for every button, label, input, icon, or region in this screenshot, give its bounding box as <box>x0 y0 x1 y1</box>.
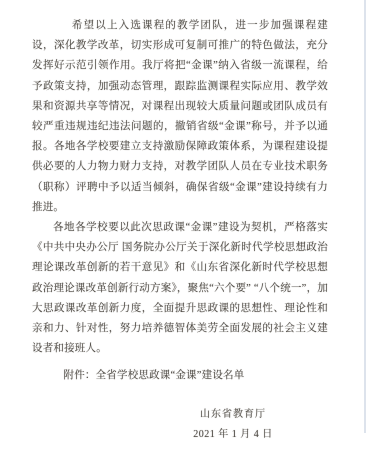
page-edge-line <box>364 0 366 433</box>
document-body: 希望以上入选课程的教学团队，进一步加强课程建设，深化教学改革，切实形成可复制可推… <box>32 16 328 445</box>
body-paragraph-1: 希望以上入选课程的教学团队，进一步加强课程建设，深化教学改革，切实形成可复制可推… <box>32 16 328 218</box>
issue-date: 2021 年 1 月 4 日 <box>158 425 308 445</box>
attachment-line: 附件：全省学校思政课“金课”建设名单 <box>32 366 328 386</box>
body-paragraph-2: 各地各学校要以此次思政课“金课”建设为契机，严格落实《中共中央办公厅 国务院办公… <box>32 218 328 359</box>
document-page: 希望以上入选课程的教学团队，进一步加强课程建设，深化教学改革，切实形成可复制可推… <box>0 0 368 450</box>
issuer-name: 山东省教育厅 <box>158 405 308 425</box>
signature-block: 山东省教育厅 2021 年 1 月 4 日 <box>158 405 308 445</box>
